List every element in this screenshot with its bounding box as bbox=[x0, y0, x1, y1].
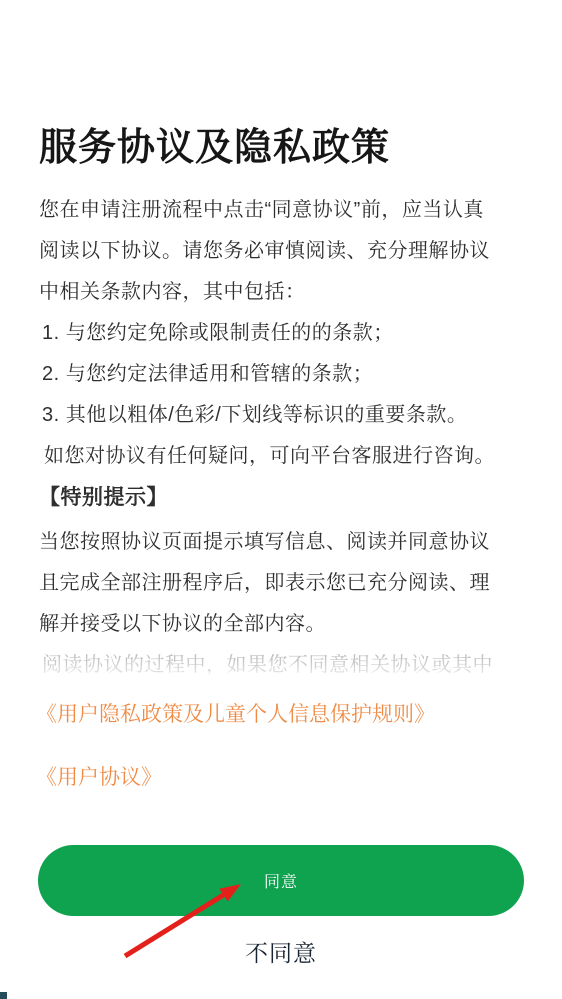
privacy-policy-link[interactable]: 《用户隐私政策及儿童个人信息保护规则》 bbox=[36, 700, 435, 730]
faded-cutoff-line: 阅读协议的过程中，如果您不同意相关协议或其中 bbox=[39, 645, 532, 686]
disagree-button[interactable]: 不同意 bbox=[0, 936, 562, 970]
agree-button-label: 同意 bbox=[264, 869, 298, 892]
special-notice-line: 解并接受以下协议的全部内容。 bbox=[39, 604, 532, 645]
intro-line: 阅读以下协议。请您务必审慎阅读、充分理解协议 bbox=[39, 231, 532, 272]
agreement-screen: 服务协议及隐私政策 您在申请注册流程中点击“同意协议”前，应当认真 阅读以下协议… bbox=[0, 0, 562, 999]
intro-line: 中相关条款内容，其中包括： bbox=[39, 272, 532, 313]
special-notice-section: 【特别提示】 当您按照协议页面提示填写信息、阅读并同意协议 且完成全部注册程序后… bbox=[39, 477, 532, 686]
terms-item: 1. 与您约定免除或限制责任的的条款； bbox=[39, 313, 532, 354]
page-title: 服务协议及隐私政策 bbox=[39, 124, 390, 172]
user-agreement-link[interactable]: 《用户协议》 bbox=[36, 763, 162, 793]
terms-item: 3. 其他以粗体/色彩/下划线等标识的重要条款。 bbox=[39, 395, 532, 436]
special-notice-heading: 【特别提示】 bbox=[39, 477, 532, 518]
agree-button[interactable]: 同意 bbox=[38, 845, 524, 916]
faded-cutoff-text: 阅读协议的过程中，如果您不同意相关协议或其中 bbox=[42, 654, 493, 676]
intro-line: 您在申请注册流程中点击“同意协议”前，应当认真 bbox=[39, 190, 532, 231]
terms-note: 如您对协议有任何疑问，可向平台客服进行咨询。 bbox=[39, 436, 532, 477]
special-notice-line: 且完成全部注册程序后，即表示您已充分阅读、理 bbox=[39, 563, 532, 604]
special-notice-line: 当您按照协议页面提示填写信息、阅读并同意协议 bbox=[39, 522, 532, 563]
terms-item: 2. 与您约定法律适用和管辖的条款； bbox=[39, 354, 532, 395]
screen-edge-artifact bbox=[0, 992, 7, 999]
intro-paragraph: 您在申请注册流程中点击“同意协议”前，应当认真 阅读以下协议。请您务必审慎阅读、… bbox=[39, 190, 532, 477]
